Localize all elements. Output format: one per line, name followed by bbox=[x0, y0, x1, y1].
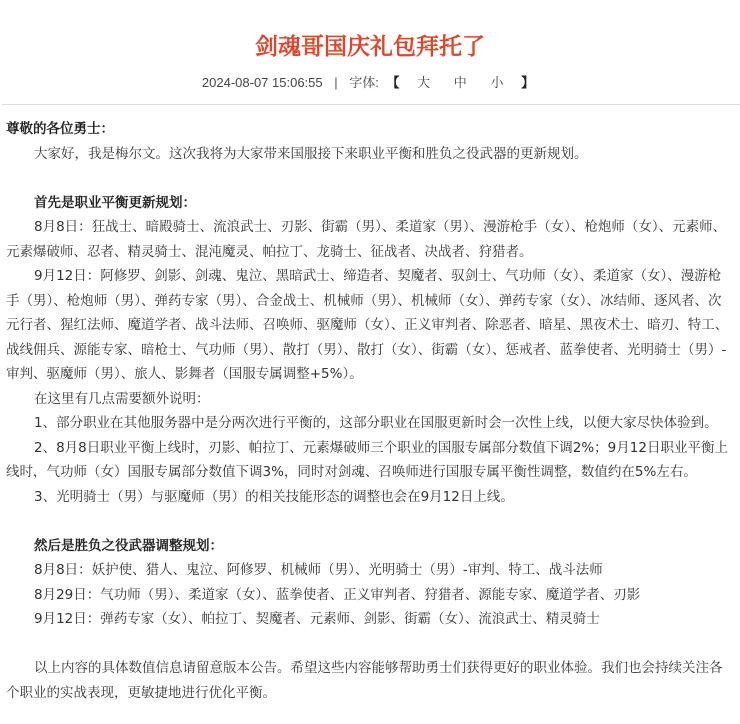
font-size-label: 字体: bbox=[349, 75, 379, 90]
font-size-medium-button[interactable]: 中 bbox=[454, 73, 467, 93]
greeting: 尊敬的各位勇士： bbox=[6, 117, 734, 142]
note-item: 3、光明骑士（男）与驱魔师（男）的相关技能形态的调整也会在9月12日上线。 bbox=[6, 485, 734, 510]
article-body: 尊敬的各位勇士： 大家好，我是梅尔文。这次我将为大家带来国服接下来职业平衡和胜负… bbox=[0, 105, 740, 705]
spacer bbox=[6, 166, 734, 191]
schedule-date: 8月29日： bbox=[34, 587, 100, 603]
schedule-text: 气功师（男）、柔道家（女）、蓝拳使者、正义审判者、狩猎者、源能专家、魔道学者、刃… bbox=[100, 587, 640, 603]
schedule-date: 9月12日： bbox=[34, 268, 100, 284]
weapons-schedule-item: 8月8日：妖护使、猎人、鬼泣、阿修罗、机械师（男）、光明骑士（男）-审判、特工、… bbox=[6, 558, 734, 583]
font-size-small-button[interactable]: 小 bbox=[490, 73, 503, 93]
note-item: 2、8月8日职业平衡上线时，刃影、帕拉丁、元素爆破师三个职业的国服专属部分数值下… bbox=[6, 436, 734, 485]
notes-heading: 在这里有几点需要额外说明： bbox=[6, 387, 734, 412]
weapons-heading: 然后是胜负之役武器调整规划： bbox=[6, 534, 734, 559]
meta-separator: | bbox=[334, 73, 337, 93]
font-size-large-button[interactable]: 大 bbox=[417, 73, 430, 93]
schedule-date: 8月8日： bbox=[34, 562, 92, 578]
spacer bbox=[6, 632, 734, 657]
schedule-text: 阿修罗、剑影、剑魂、鬼泣、黑暗武士、缔造者、契魔者、驭剑士、气功师（女）、柔道家… bbox=[6, 268, 728, 382]
schedule-date: 8月8日： bbox=[34, 219, 92, 235]
article-title: 剑魂哥国庆礼包拜托了 bbox=[0, 30, 740, 64]
intro-paragraph: 大家好，我是梅尔文。这次我将为大家带来国服接下来职业平衡和胜负之役武器的更新规划… bbox=[6, 142, 734, 167]
weapons-schedule-item: 9月12日：弹药专家（女）、帕拉丁、契魔者、元素师、剑影、街霸（女）、流浪武士、… bbox=[6, 607, 734, 632]
article-header: 剑魂哥国庆礼包拜托了 2024-08-07 15:06:55 | 字体: 【 大… bbox=[0, 0, 740, 93]
article-meta: 2024-08-07 15:06:55 | 字体: 【 大 中 小 】 bbox=[0, 73, 740, 93]
bracket-open: 【 bbox=[387, 75, 400, 90]
balance-schedule-item: 9月12日：阿修罗、剑影、剑魂、鬼泣、黑暗武士、缔造者、契魔者、驭剑士、气功师（… bbox=[6, 264, 734, 387]
closing-paragraph: 以上内容的具体数值信息请留意版本公告。希望这些内容能够帮助勇士们获得更好的职业体… bbox=[6, 656, 734, 705]
schedule-text: 妖护使、猎人、鬼泣、阿修罗、机械师（男）、光明骑士（男）-审判、特工、战斗法师 bbox=[92, 562, 603, 578]
schedule-date: 9月12日： bbox=[34, 611, 100, 627]
spacer bbox=[6, 509, 734, 534]
weapons-schedule-item: 8月29日：气功师（男）、柔道家（女）、蓝拳使者、正义审判者、狩猎者、源能专家、… bbox=[6, 583, 734, 608]
schedule-text: 狂战士、暗殿骑士、流浪武士、刃影、街霸（男）、柔道家（男）、漫游枪手（女）、枪炮… bbox=[6, 219, 726, 260]
balance-heading: 首先是职业平衡更新规划： bbox=[6, 191, 734, 216]
balance-schedule-item: 8月8日：狂战士、暗殿骑士、流浪武士、刃影、街霸（男）、柔道家（男）、漫游枪手（… bbox=[6, 215, 734, 264]
publish-datetime: 2024-08-07 15:06:55 bbox=[202, 75, 323, 90]
note-item: 1、部分职业在其他服务器中是分两次进行平衡的，这部分职业在国服更新时会一次性上线… bbox=[6, 411, 734, 436]
bracket-close: 】 bbox=[521, 75, 534, 90]
schedule-text: 弹药专家（女）、帕拉丁、契魔者、元素师、剑影、街霸（女）、流浪武士、精灵骑士 bbox=[100, 611, 600, 627]
